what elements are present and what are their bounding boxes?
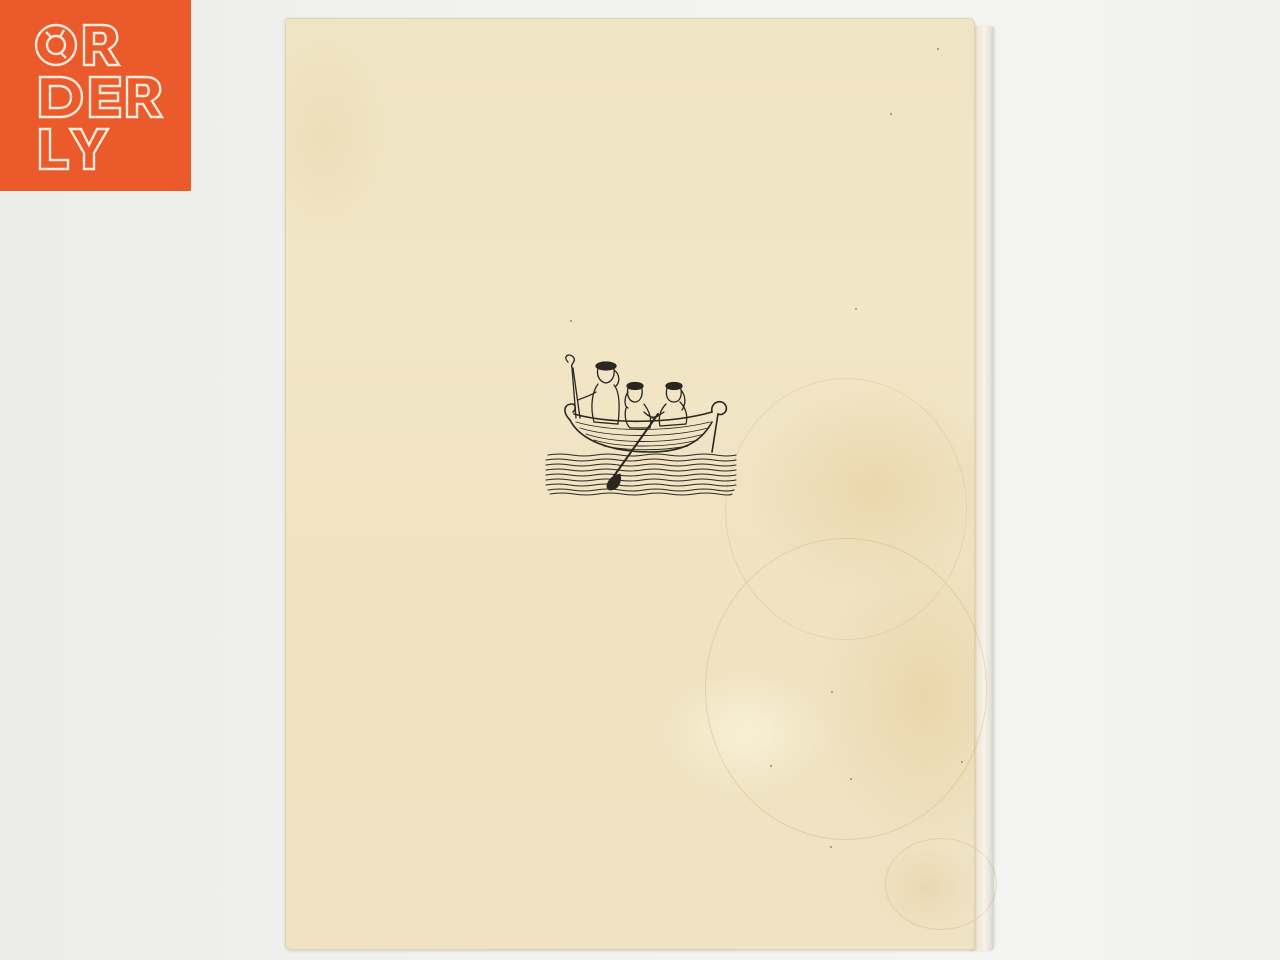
speck <box>770 765 772 767</box>
speck <box>890 113 892 115</box>
water-stain <box>885 838 997 930</box>
speck <box>850 778 852 780</box>
rowboat-woodcut-illustration <box>540 352 740 497</box>
speck <box>831 691 833 693</box>
product-photo <box>0 0 1280 960</box>
water-stain <box>725 378 967 640</box>
speck <box>830 846 832 848</box>
orderly-logo-icon <box>0 0 191 191</box>
speck <box>855 308 857 310</box>
speck <box>937 48 939 50</box>
book-back-cover <box>285 18 975 950</box>
speck <box>961 761 963 763</box>
speck <box>570 320 572 322</box>
brand-logo-badge <box>0 0 191 191</box>
book <box>285 18 997 956</box>
